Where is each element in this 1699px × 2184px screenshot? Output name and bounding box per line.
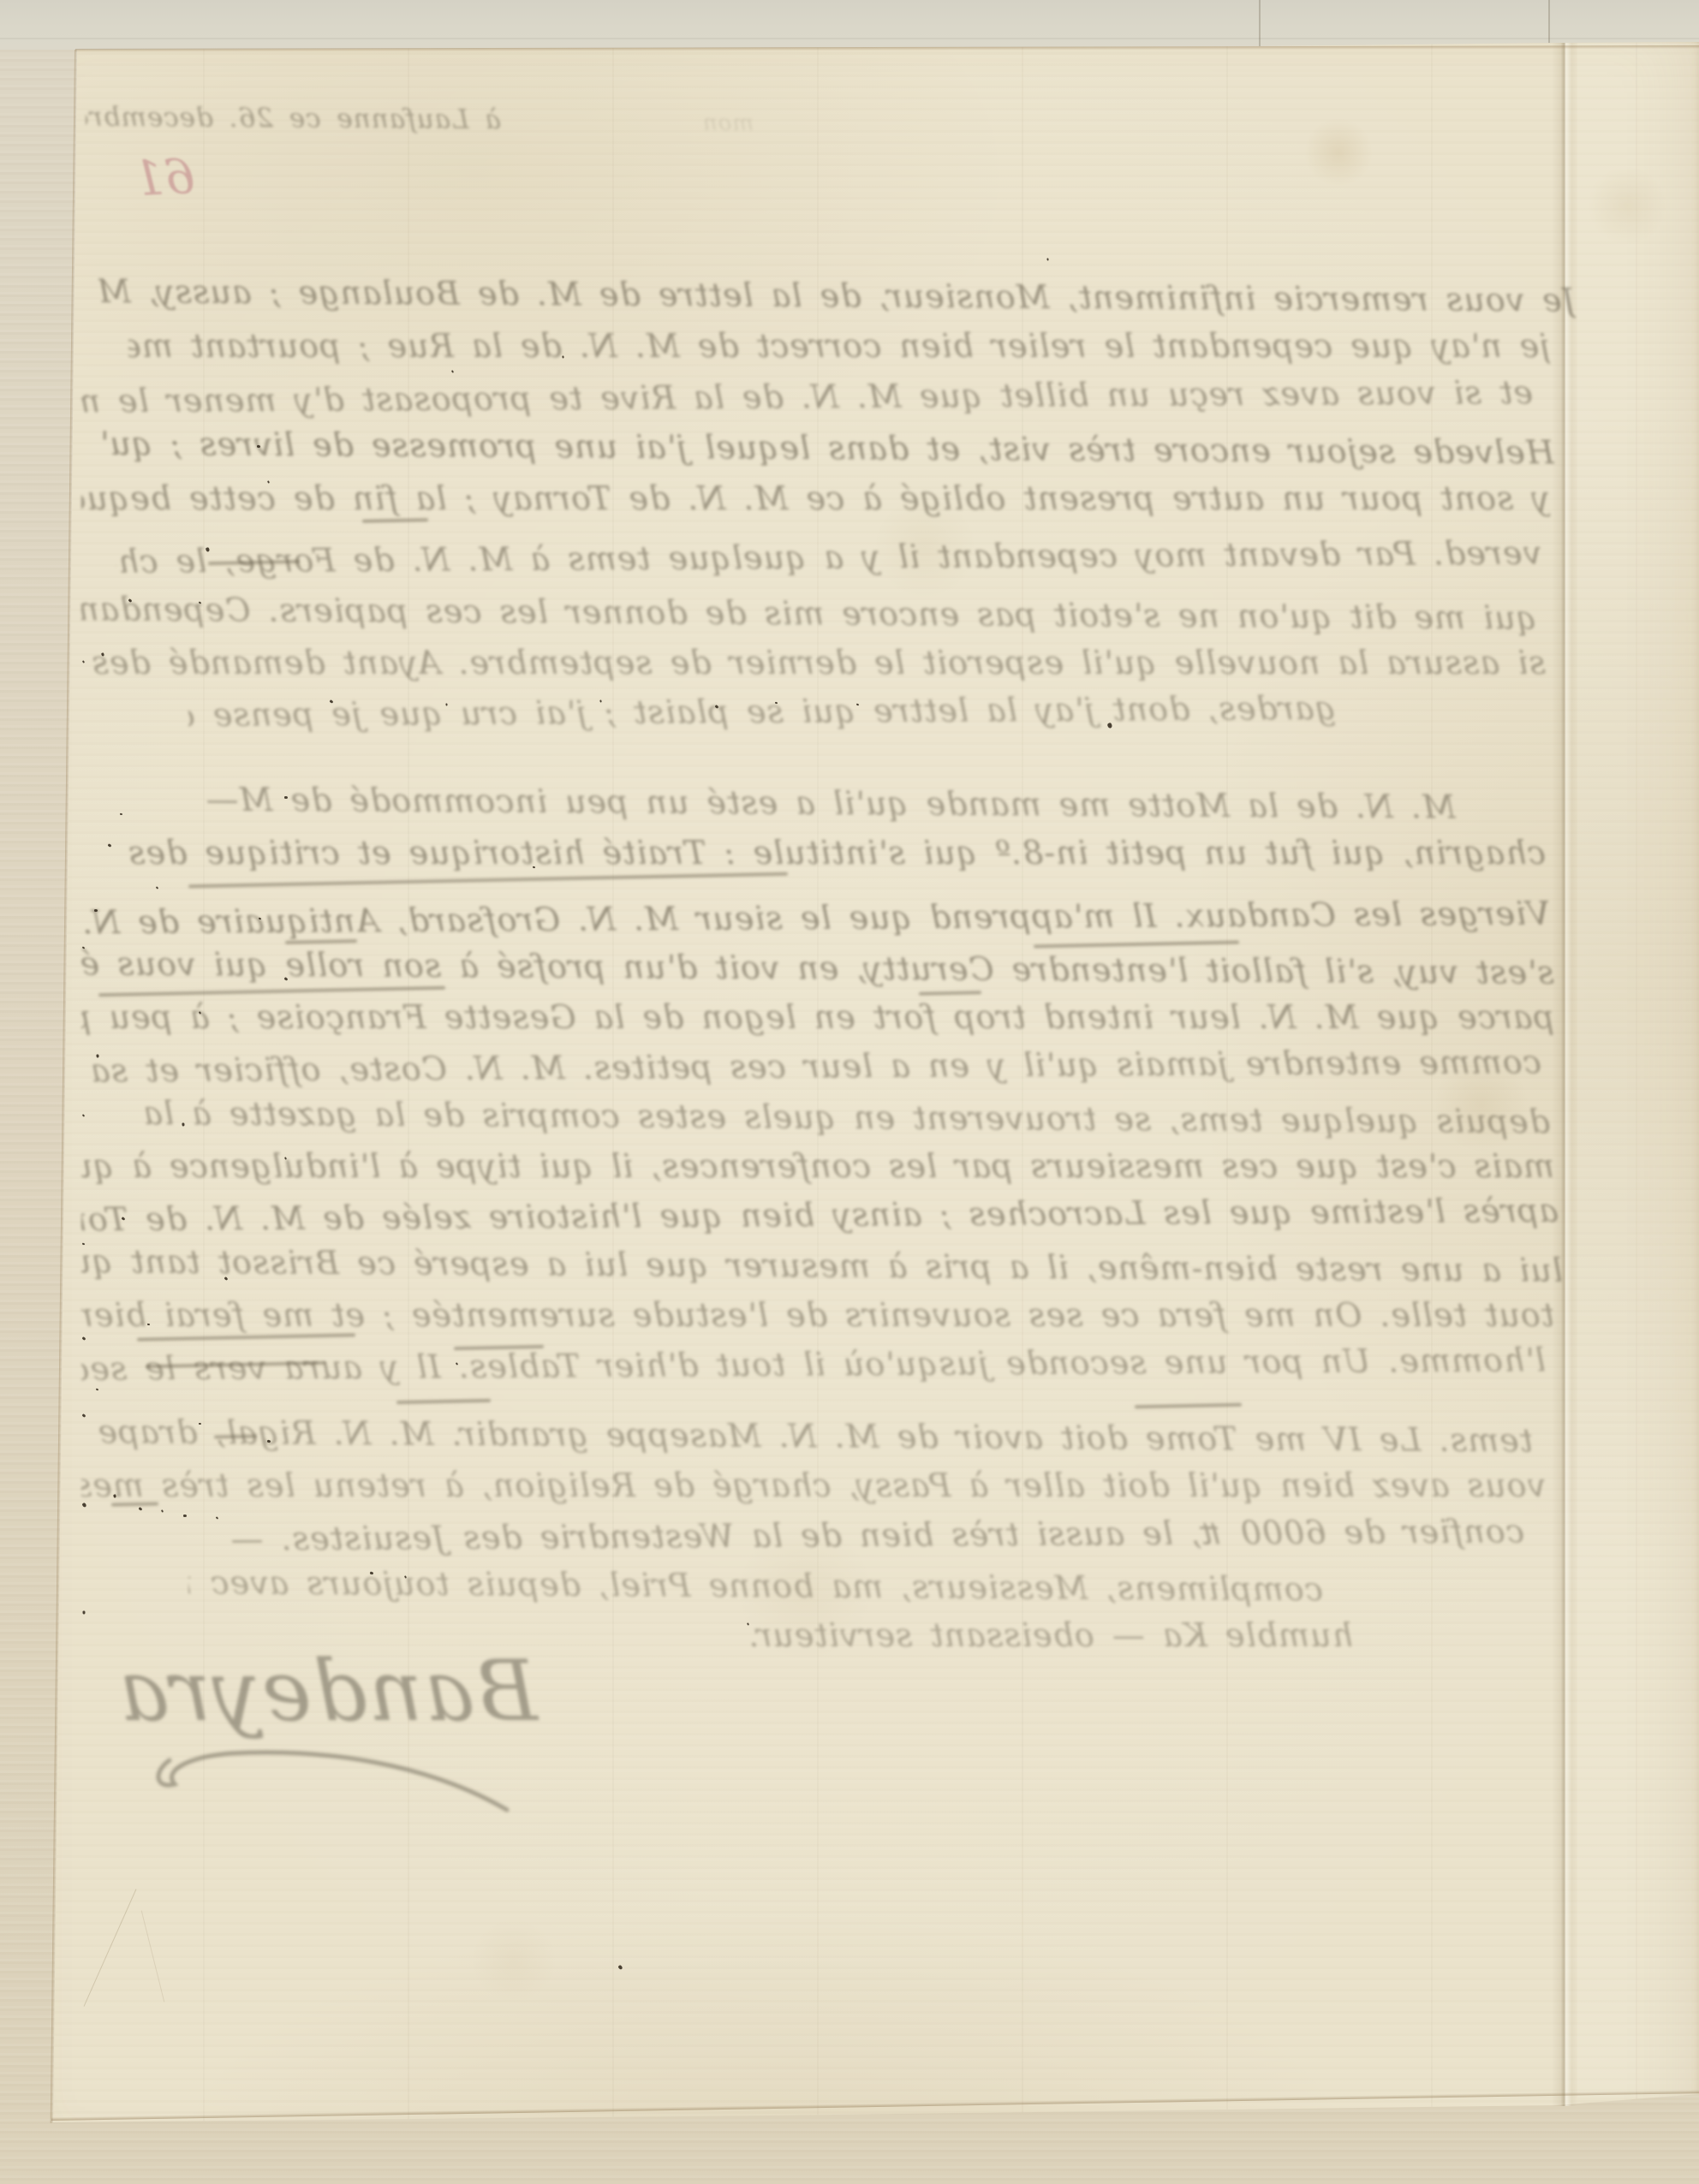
handwriting-line: tout telle. On me fera ce ses souvenirs … xyxy=(81,1293,1554,1341)
handwriting-line-text: comme entendre jamais qu'il y en a leur … xyxy=(81,1044,1541,1092)
underlying-sheet-crease xyxy=(0,38,1699,39)
handwriting-line: y sont pour un autre present obligé à ce… xyxy=(81,476,1550,524)
signature-flourish xyxy=(137,1728,540,1822)
handwriting-line: Helvede sejour encore très vist, et dans… xyxy=(103,425,1554,473)
handwriting-line-text: tems. Le IV me Tome doit avoir de M. N. … xyxy=(81,1413,1533,1461)
ink-speck xyxy=(1046,258,1048,260)
folio-number-text: 61 xyxy=(133,149,197,208)
handwriting-line: Je vous remercie infiniment, Monsieur, d… xyxy=(98,272,1576,320)
underlying-sheet-top-edge xyxy=(0,0,1699,50)
date-line-bleedthrough: à Laufanne ce 26. decembre 1718 xyxy=(86,96,501,139)
handwriting-line-text: et si vous avez reçu un billet que M. N.… xyxy=(81,375,1533,423)
handwriting-line: si assura la nouvelle qu'il esperoit le … xyxy=(81,640,1546,688)
handwriting-line: vered. Par devant moy cependant il y a q… xyxy=(116,535,1541,583)
underlying-sheet-edge-line xyxy=(1548,0,1550,50)
handwriting-line-text: l'homme. Un por une seconde jusqu'où il … xyxy=(81,1342,1546,1390)
handwriting-line: confier de 6000 ₶, le aussi très bien de… xyxy=(81,1513,1524,1561)
handwriting-line: Vierges les Candaux. Il m'apprend que le… xyxy=(81,896,1550,943)
handwriting-line: gardes, dont j'ay la lettre qui se plais… xyxy=(188,690,1336,738)
ink-speck xyxy=(120,813,122,815)
underlying-sheet-edge-line xyxy=(1259,0,1261,50)
handwriting-line: parce que M. N. leur intend trop fort en… xyxy=(81,995,1554,1043)
margin-fragment-bleedthrough: mon xyxy=(651,101,754,149)
handwriting-line: lui a une reste bien-mêne, il a pris à m… xyxy=(81,1243,1563,1291)
margin-fragment-text: mon xyxy=(702,101,754,146)
ink-speck xyxy=(183,1515,187,1517)
folio-number: 61 xyxy=(116,149,197,222)
handwriting-line: chagrin, qui fut un petit in-8.º qui s'i… xyxy=(81,830,1546,878)
handwriting-line-text: complimens, Messieurs, ma bonne Priel, d… xyxy=(188,1563,1323,1611)
handwriting-line-text: humble Ka — obeissant serviteur. xyxy=(748,1613,1353,1657)
handwriting-line-text: vered. Par devant moy cependant il y a q… xyxy=(116,535,1541,583)
handwriting-line: et si vous avez reçu un billet que M. N.… xyxy=(81,375,1533,423)
handwriting-line-text: gardes, dont j'ay la lettre qui se plais… xyxy=(188,690,1336,738)
manuscript-scan: à Laufanne ce 26. decembre 1718 mon 61 J… xyxy=(0,0,1699,2184)
handwriting-line-text: mais c'est que ces messieurs par les con… xyxy=(81,1144,1554,1188)
handwriting-line-text: vous avez bien qu'il doit aller à Passy,… xyxy=(81,1463,1546,1508)
handwriting-line-text: Je vous remercie infiniment, Monsieur, d… xyxy=(98,272,1576,320)
ink-speck xyxy=(147,1324,150,1325)
handwriting-line: tems. Le IV me Tome doit avoir de M. N. … xyxy=(81,1413,1533,1461)
date-line-text: à Laufanne ce 26. decembre 1718 xyxy=(86,96,501,139)
handwriting-line-text: M. N. de la Motte me mande qu'il a esté … xyxy=(205,781,1456,829)
handwriting-line-text: y sont pour un autre present obligé à ce… xyxy=(81,476,1550,521)
ink-speck xyxy=(562,355,563,358)
signature-text: Bandeyra xyxy=(117,1643,538,1741)
handwriting-line: qui me dit qu'on ne s'etoit pas encore m… xyxy=(81,591,1537,639)
ink-speck xyxy=(284,796,288,799)
ink-speck xyxy=(199,1423,201,1425)
handwriting-line-text: parce que M. N. leur intend trop fort en… xyxy=(81,995,1554,1039)
handwriting-line-text: depuis quelque tems, se trouverent en qu… xyxy=(128,1094,1550,1142)
handwriting-line-text: tout telle. On me fera ce ses souvenirs … xyxy=(81,1293,1554,1337)
handwriting-line: vous avez bien qu'il doit aller à Passy,… xyxy=(81,1463,1546,1511)
handwriting-line-text: lui a une reste bien-mêne, il a pris à m… xyxy=(81,1243,1563,1291)
handwriting-line: s'est vuy, s'il falloit l'entendre Cerut… xyxy=(81,945,1554,993)
handwriting-line-text: je n'ay que cependant le relier bien cor… xyxy=(128,324,1550,368)
ink-speck xyxy=(445,703,447,705)
folded-right-margin xyxy=(1577,43,1699,2098)
handwriting-line-text: après l'estime que les Lacroches ; ainsy… xyxy=(81,1193,1559,1241)
handwriting-line-text: Helvede sejour encore très vist, et dans… xyxy=(103,425,1554,473)
handwriting-line: M. N. de la Motte me mande qu'il a esté … xyxy=(197,781,1456,829)
ink-speck xyxy=(94,909,98,912)
handwriting-line: depuis quelque tems, se trouverent en qu… xyxy=(128,1094,1550,1142)
handwriting-line: comme entendre jamais qu'il y en a leur … xyxy=(81,1044,1541,1092)
handwriting-line-text: confier de 6000 ₶, le aussi très bien de… xyxy=(230,1513,1524,1561)
handwriting-line-text: chagrin, qui fut un petit in-8.º qui s'i… xyxy=(128,830,1546,875)
handwriting-line-text: qui me dit qu'on ne s'etoit pas encore m… xyxy=(81,591,1537,639)
handwriting-line-text: s'est vuy, s'il falloit l'entendre Cerut… xyxy=(81,945,1554,993)
handwriting-line: je n'ay que cependant le relier bien cor… xyxy=(128,324,1550,372)
ink-speck xyxy=(533,866,535,869)
handwriting-line: complimens, Messieurs, ma bonne Priel, d… xyxy=(188,1563,1323,1611)
handwriting-line-text: si assura la nouvelle qu'il esperoit le … xyxy=(91,640,1546,685)
handwriting-line-text: Vierges les Candaux. Il m'apprend que le… xyxy=(81,896,1550,943)
vertical-fold-crease xyxy=(1552,43,1577,2106)
handwriting-line: mais c'est que ces messieurs par les con… xyxy=(81,1144,1554,1192)
handwriting-line: après l'estime que les Lacroches ; ainsy… xyxy=(81,1193,1559,1241)
handwriting-line: l'homme. Un por une seconde jusqu'où il … xyxy=(81,1342,1546,1390)
